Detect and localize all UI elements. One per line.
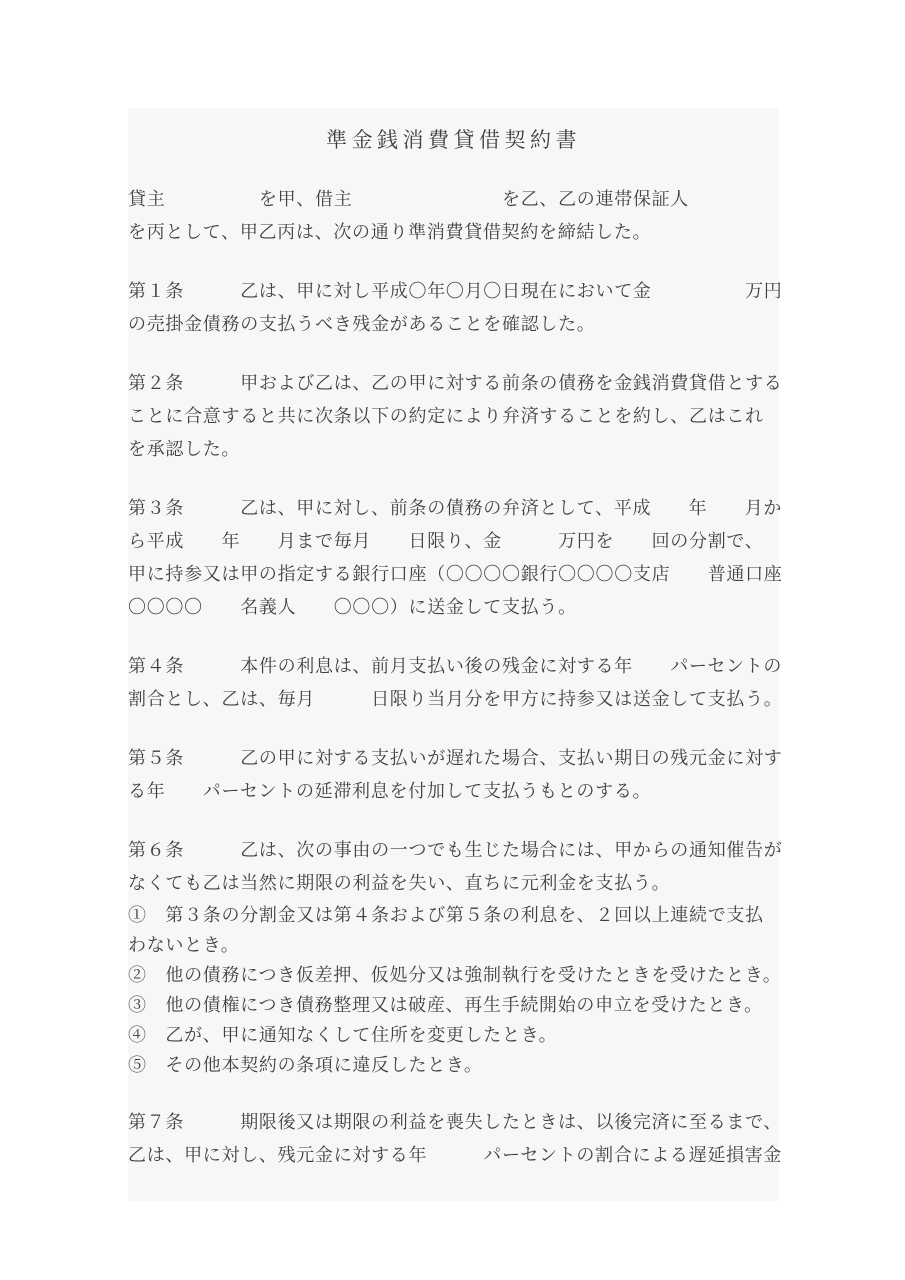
article-2-paragraph: 第２条 甲および乙は、乙の甲に対する前条の債務を金銭消費貸借とする ことに合意す…: [128, 367, 779, 466]
doc-line: ら平成 年 月まで毎月 日限り、金 万円を 回の分割で、: [128, 525, 779, 558]
doc-line: 割合とし、乙は、毎月 日限り当月分を甲方に持参又は送金して支払う。: [128, 683, 779, 716]
preamble-paragraph: 貸主 を甲、借主 を乙、乙の連帯保証人 を丙として、甲乙丙は、次の通り準消費貸借…: [128, 183, 779, 249]
article-1-paragraph: 第１条 乙は、甲に対し平成〇年〇月〇日現在において金 万円 の売掛金債務の支払う…: [128, 275, 779, 341]
article-5-paragraph: 第５条 乙の甲に対する支払いが遅れた場合、支払い期日の残元金に対す る年 パーセ…: [128, 742, 779, 808]
article-4-paragraph: 第４条 本件の利息は、前月支払い後の残金に対する年 パーセントの 割合とし、乙は…: [128, 650, 779, 716]
doc-line: 第７条 期限後又は期限の利益を喪失したときは、以後完済に至るまで、: [128, 1106, 779, 1139]
doc-list-item: わないとき。: [128, 930, 779, 960]
document-page: 準金銭消費貸借契約書 貸主 を甲、借主 を乙、乙の連帯保証人 を丙として、甲乙丙…: [0, 0, 905, 1280]
doc-line: 第６条 乙は、次の事由の一つでも生じた場合には、甲からの通知催告が: [128, 834, 779, 867]
doc-line: の売掛金債務の支払うべき残金があることを確認した。: [128, 308, 779, 341]
doc-line: なくても乙は当然に期限の利益を失い、直ちに元利金を支払う。: [128, 867, 779, 900]
doc-list-item: ④ 乙が、甲に通知なくして住所を変更したとき。: [128, 1020, 779, 1050]
doc-line: 甲に持参又は甲の指定する銀行口座（〇〇〇〇銀行〇〇〇〇支店 普通口座: [128, 558, 779, 591]
doc-line: 第３条 乙は、甲に対し、前条の債務の弁済として、平成 年 月か: [128, 492, 779, 525]
doc-line: ことに合意すると共に次条以下の約定により弁済することを約し、乙はこれ: [128, 400, 779, 433]
doc-list-item: ③ 他の債権につき債務整理又は破産、再生手続開始の申立を受けたとき。: [128, 990, 779, 1020]
article-6-paragraph: 第６条 乙は、次の事由の一つでも生じた場合には、甲からの通知催告が なくても乙は…: [128, 834, 779, 1080]
doc-line: 貸主 を甲、借主 を乙、乙の連帯保証人: [128, 183, 779, 216]
doc-line: を丙として、甲乙丙は、次の通り準消費貸借契約を締結した。: [128, 216, 779, 249]
doc-line: を承認した。: [128, 433, 779, 466]
doc-list-item: ① 第３条の分割金又は第４条および第５条の利息を、２回以上連続で支払: [128, 900, 779, 930]
doc-line: 第５条 乙の甲に対する支払いが遅れた場合、支払い期日の残元金に対す: [128, 742, 779, 775]
doc-list-item: ② 他の債務につき仮差押、仮処分又は強制執行を受けたときを受けたとき。: [128, 960, 779, 990]
doc-line: 乙は、甲に対し、残元金に対する年 パーセントの割合による遅延損害金: [128, 1139, 779, 1172]
doc-line: 〇〇〇〇 名義人 〇〇〇）に送金して支払う。: [128, 591, 779, 624]
article-7-paragraph: 第７条 期限後又は期限の利益を喪失したときは、以後完済に至るまで、 乙は、甲に対…: [128, 1106, 779, 1172]
doc-line: 第４条 本件の利息は、前月支払い後の残金に対する年 パーセントの: [128, 650, 779, 683]
contract-sheet: 準金銭消費貸借契約書 貸主 を甲、借主 を乙、乙の連帯保証人 を丙として、甲乙丙…: [128, 108, 779, 1201]
doc-line: 第１条 乙は、甲に対し平成〇年〇月〇日現在において金 万円: [128, 275, 779, 308]
doc-title: 準金銭消費貸借契約書: [128, 124, 779, 157]
doc-line: る年 パーセントの延滞利息を付加して支払うもとのする。: [128, 775, 779, 808]
article-3-paragraph: 第３条 乙は、甲に対し、前条の債務の弁済として、平成 年 月か ら平成 年 月ま…: [128, 492, 779, 624]
doc-line: 第２条 甲および乙は、乙の甲に対する前条の債務を金銭消費貸借とする: [128, 367, 779, 400]
doc-list-item: ⑤ その他本契約の条項に違反したとき。: [128, 1050, 779, 1080]
